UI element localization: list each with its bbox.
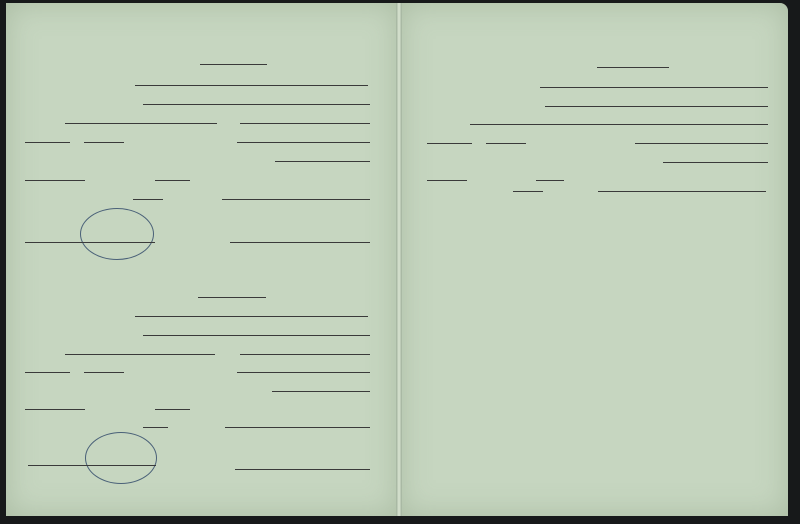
parish-stamp bbox=[85, 432, 157, 484]
right-page bbox=[400, 3, 788, 516]
left-page bbox=[6, 3, 398, 516]
parish-stamp bbox=[80, 208, 154, 260]
page-fold bbox=[396, 3, 402, 516]
